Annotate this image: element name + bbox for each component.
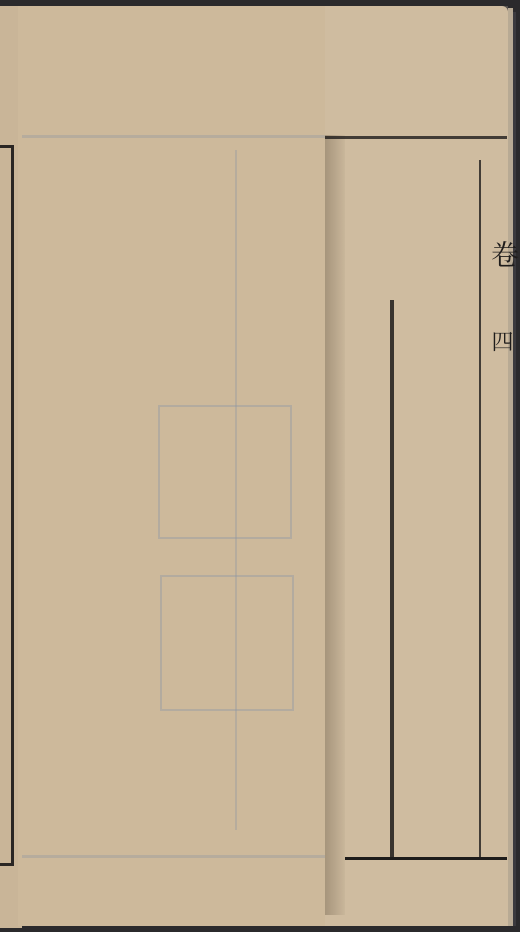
frame-right-rule [479,160,481,860]
frame-top-rule [325,136,507,139]
frame-bottom-rule [345,857,507,860]
frame-inner-rule [390,300,394,860]
show-through-top-rule [22,135,325,138]
paper-fold-shadow [325,135,345,915]
show-through-seal-lower [160,575,294,711]
show-through-seal-upper [158,405,292,539]
margin-character-juan: 卷 [483,240,520,268]
show-through-bottom-rule [22,855,325,858]
page-edge-shadow [513,12,516,926]
left-page-border-frame [0,145,14,866]
margin-character-si: 四 [485,330,516,352]
